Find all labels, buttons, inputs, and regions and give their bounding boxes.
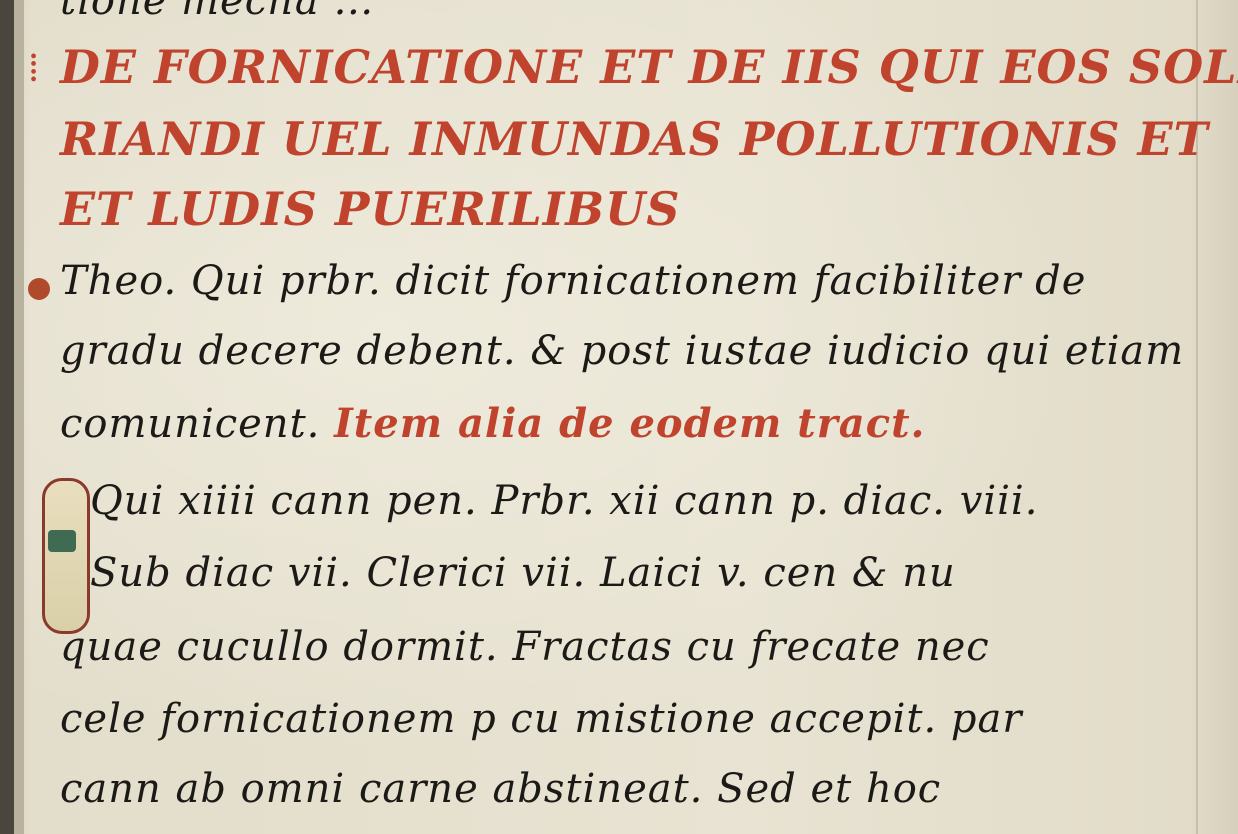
manuscript-page: ⁞ tione mecha … DE FORNICATIONE ET DE II… <box>0 0 1238 834</box>
text-line: tione mecha … <box>60 0 374 24</box>
text-line: Qui xiiii cann pen. Prbr. xii cann p. di… <box>90 478 1038 524</box>
text-line: Sub diac vii. Clerici vii. Laici v. cen … <box>90 550 956 596</box>
page-edge <box>14 0 24 834</box>
rubric-line: ET LUDIS PUERILIBUS <box>60 182 680 236</box>
binding-gutter <box>0 0 14 834</box>
text-line: quae cucullo dormit. Fractas cu frecate … <box>60 624 990 670</box>
text-line: cann ab omni carne abstineat. Sed et hoc <box>60 766 941 812</box>
paragraph-marker: ⁞ <box>28 44 39 91</box>
inline-rubric: Item alia de eodem tract. <box>334 400 925 447</box>
text-line: Theo. Qui prbr. dicit fornicationem faci… <box>60 258 1086 304</box>
rubric-line: RIANDI UEL INMUNDAS POLLUTIONIS ET <box>60 112 1209 166</box>
rubric-line: DE FORNICATIONE ET DE IIS QUI EOS SOLLIC… <box>60 40 1238 94</box>
text-line: cele fornicationem p cu mistione accepit… <box>60 696 1022 742</box>
text-line: gradu decere debent. & post iustae iudic… <box>60 328 1184 374</box>
initial-dot <box>28 278 50 300</box>
initial-ornament <box>48 530 76 552</box>
decorated-initial <box>42 478 90 634</box>
text-line: comunicent. Item alia de eodem tract. <box>60 400 925 447</box>
text-segment: comunicent. <box>60 401 334 447</box>
